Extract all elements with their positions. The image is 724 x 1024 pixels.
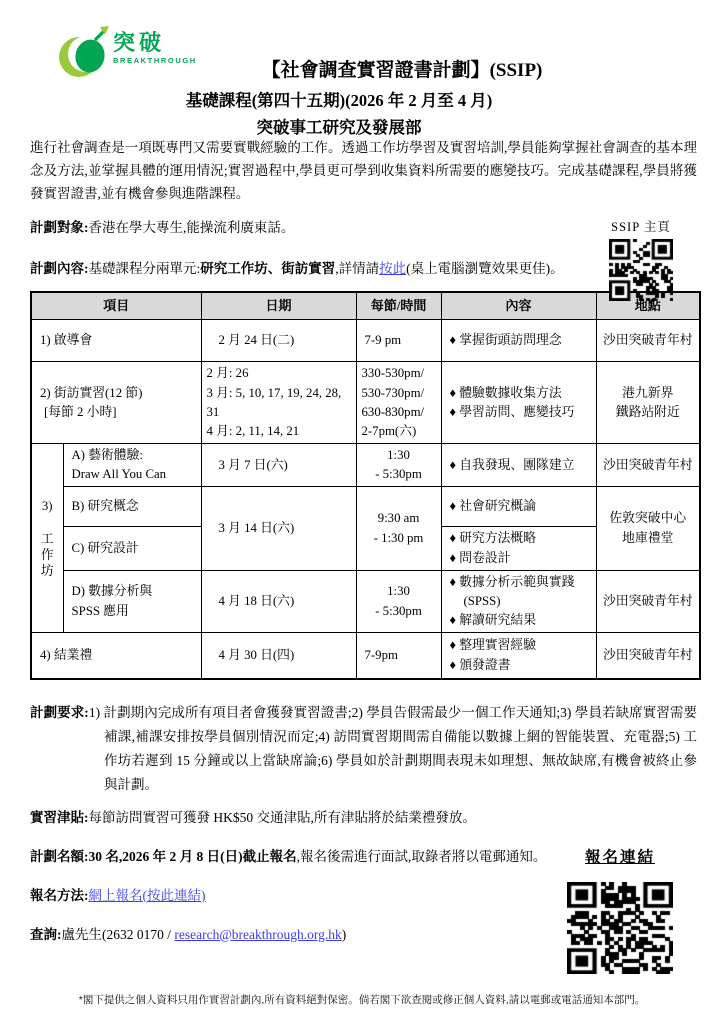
content-post: (桌上電腦瀏覽效果更佳)。 xyxy=(406,261,564,276)
signup-qr-block: 報名連結 xyxy=(560,846,680,981)
page-subtitle-course: 基礎課程(第四十五期)(2026 年 2 月至 4 月) xyxy=(0,88,701,114)
cell-date: 2 月: 263 月: 5, 10, 17, 19, 24, 28, 314 月… xyxy=(201,362,356,444)
table-row-orientation: 1) 啟導會 2 月 24 日(二) 7-9 pm ♦ 掌握街頭訪問理念 沙田突… xyxy=(31,320,700,362)
cell-item: 4) 結業禮 xyxy=(31,633,201,679)
quota-bold-text: 30 名,2026 年 2 月 8 日(日)截止報名 xyxy=(89,849,297,864)
content-units: 研究工作坊、街訪實習 xyxy=(200,261,335,276)
cell-item: D) 數據分析與SPSS 應用 xyxy=(63,570,201,633)
cell-item: C) 研究設計 xyxy=(63,527,201,570)
details-link[interactable]: 按此 xyxy=(379,261,406,276)
cell-content: ♦ 研究方法概略♦ 問卷設計 xyxy=(441,527,596,570)
signup-qr-label: 報名連結 xyxy=(560,846,680,870)
cell-location: 沙田突破青年村 xyxy=(596,320,700,362)
quota-label: 計劃名額: xyxy=(30,849,89,864)
quota-rest-text: ,報名後需進行面試,取錄者將以電郵通知。 xyxy=(297,849,547,864)
ssip-qr-label: SSIP 主頁 xyxy=(601,218,681,237)
target-label: 計劃對象: xyxy=(30,220,89,235)
ssip-qr-code xyxy=(609,239,673,301)
cell-workshop-group: 3) 工作坊 xyxy=(31,444,63,633)
allowance-text: 每節訪問實習可獲發 HK$50 交通津貼,所有津貼將於結業禮發放。 xyxy=(89,810,476,825)
col-header-date: 日期 xyxy=(201,292,356,320)
privacy-footer: *閣下提供之個人資料只用作實習計劃內,所有資料絕對保密。倘若閣下欲查閱或修正個人… xyxy=(0,992,724,1008)
table-row-street-interview: 2) 街訪實習(12 節)[每節 2 小時] 2 月: 263 月: 5, 10… xyxy=(31,362,700,444)
content-label: 計劃內容: xyxy=(30,261,89,276)
table-row-workshop-d: D) 數據分析與SPSS 應用 4 月 18 日(六) 1:30- 5:30pm… xyxy=(31,570,700,633)
cell-time: 1:30- 5:30pm xyxy=(356,570,441,633)
cell-location: 佐敦突破中心地庫禮堂 xyxy=(596,487,700,570)
cell-location: 港九新界鐵路站附近 xyxy=(596,362,700,444)
cell-date: 4 月 30 日(四) xyxy=(201,633,356,679)
enquiry-email-link[interactable]: research@breakthrough.org.hk xyxy=(174,927,341,942)
cell-date: 3 月 14 日(六) xyxy=(201,487,356,570)
cell-content: ♦ 社會研究概論 xyxy=(441,487,596,527)
enquiry-post: ) xyxy=(342,927,347,942)
requirements-text: 1) 計劃期內完成所有項目者會獲發實習證書;2) 學員告假需最少一個工作天通知;… xyxy=(89,705,697,792)
target-text: 香港在學大專生,能操流利廣東話。 xyxy=(89,220,295,235)
cell-time: 7-9 pm xyxy=(356,320,441,362)
content-mid: ,詳情請 xyxy=(335,261,379,276)
ssip-homepage-qr-block: SSIP 主頁 xyxy=(601,218,681,308)
cell-content: ♦ 數據分析示範與實踐(SPSS)♦ 解讀研究結果 xyxy=(441,570,596,633)
cell-time: 1:30- 5:30pm xyxy=(356,444,441,487)
table-header-row: 項目 日期 每節/時間 內容 地點 xyxy=(31,292,700,320)
col-header-content: 內容 xyxy=(441,292,596,320)
col-header-time: 每節/時間 xyxy=(356,292,441,320)
logo-zh-label: 突破 xyxy=(113,32,197,54)
cell-location: 沙田突破青年村 xyxy=(596,633,700,679)
table-row-workshop-a: 3) 工作坊 A) 藝術體驗:Draw All You Can 3 月 7 日(… xyxy=(31,444,700,487)
cell-date: 3 月 7 日(六) xyxy=(201,444,356,487)
allowance-label: 實習津貼: xyxy=(30,810,89,825)
cell-date: 2 月 24 日(二) xyxy=(201,320,356,362)
content-pre: 基礎課程分兩單元: xyxy=(89,261,201,276)
requirements-label: 計劃要求: xyxy=(30,705,89,720)
page-subtitle-dept: 突破事工研究及發展部 xyxy=(0,115,701,141)
cell-location: 沙田突破青年村 xyxy=(596,444,700,487)
schedule-table: 項目 日期 每節/時間 內容 地點 1) 啟導會 2 月 24 日(二) 7-9… xyxy=(30,291,701,680)
cell-content: ♦ 整理實習經驗♦ 頒發證書 xyxy=(441,633,596,679)
table-row-closing: 4) 結業禮 4 月 30 日(四) 7-9pm ♦ 整理實習經驗♦ 頒發證書 … xyxy=(31,633,700,679)
cell-time: 9:30 am- 1:30 pm xyxy=(356,487,441,570)
enquiry-pre: 盧先生(2632 0170 / xyxy=(62,927,175,942)
cell-item: A) 藝術體驗:Draw All You Can xyxy=(63,444,201,487)
col-header-item: 項目 xyxy=(31,292,201,320)
document-page: 突破 BREAKTHROUGH 【社會調查實習證書計劃】(SSIP) 基礎課程(… xyxy=(0,0,724,1024)
cell-location: 沙田突破青年村 xyxy=(596,570,700,633)
target-line: 計劃對象:香港在學大專生,能操流利廣東話。 xyxy=(30,218,697,239)
page-title: 【社會調查實習證書計劃】(SSIP) xyxy=(40,56,724,85)
signup-qr-code xyxy=(567,882,673,974)
enquiry-label: 查詢: xyxy=(30,927,62,942)
cell-content: ♦ 自我發現、團隊建立 xyxy=(441,444,596,487)
online-apply-link[interactable]: 網上報名(按此連結) xyxy=(89,888,206,903)
intro-paragraph: 進行社會調查是一項既專門又需要實戰經驗的工作。透過工作坊學習及實習培訓,學員能夠… xyxy=(30,136,697,205)
cell-date: 4 月 18 日(六) xyxy=(201,570,356,633)
apply-label: 報名方法: xyxy=(30,888,89,903)
allowance-line: 實習津貼:每節訪問實習可獲發 HK$50 交通津貼,所有津貼將於結業禮發放。 xyxy=(30,808,697,829)
document-header: 突破 BREAKTHROUGH 【社會調查實習證書計劃】(SSIP) 基礎課程(… xyxy=(0,0,724,122)
requirements-paragraph: 計劃要求:1) 計劃期內完成所有項目者會獲發實習證書;2) 學員告假需最少一個工… xyxy=(30,701,697,797)
cell-item: B) 研究概念 xyxy=(63,487,201,527)
content-line: 計劃內容:基礎課程分兩單元:研究工作坊、街訪實習,詳情請按此(桌上電腦瀏覽效果更… xyxy=(30,259,697,280)
cell-time: 330-530pm/530-730pm/630-830pm/2-7pm(六) xyxy=(356,362,441,444)
table-row-workshop-b: B) 研究概念 3 月 14 日(六) 9:30 am- 1:30 pm ♦ 社… xyxy=(31,487,700,527)
cell-item: 2) 街訪實習(12 節)[每節 2 小時] xyxy=(31,362,201,444)
cell-item: 1) 啟導會 xyxy=(31,320,201,362)
cell-content: ♦ 體驗數據收集方法♦ 學習訪問、應變技巧 xyxy=(441,362,596,444)
cell-time: 7-9pm xyxy=(356,633,441,679)
cell-content: ♦ 掌握街頭訪問理念 xyxy=(441,320,596,362)
